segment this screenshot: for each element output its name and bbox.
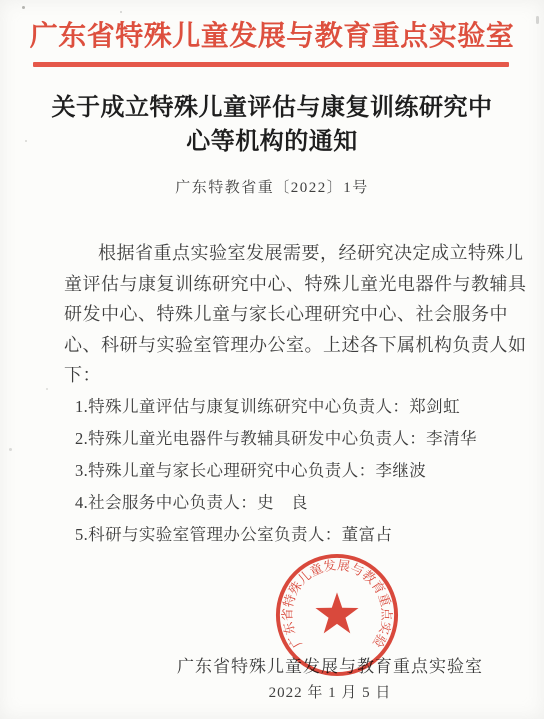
paragraph-line: 研发中心、特殊儿童与家长心理研究中心、社会服务中	[64, 299, 504, 330]
scan-speck	[120, 11, 122, 13]
paragraph-line: 根据省重点实验室发展需要，经研究决定成立特殊儿	[64, 238, 504, 269]
scan-speck	[46, 388, 48, 390]
list-item: 4.社会服务中心负责人：史 良	[75, 487, 515, 519]
list-item: 2.特殊儿童光电器件与教辅具研发中心负责人：李清华	[75, 423, 515, 455]
responsibles-list: 1.特殊儿童评估与康复训练研究中心负责人：郑剑虹 2.特殊儿童光电器件与教辅具研…	[75, 391, 515, 551]
paragraph-line: 童评估与康复训练研究中心、特殊儿童光电器件与教辅具	[64, 269, 504, 300]
signature-date: 2022 年 1 月 5 日	[118, 681, 542, 702]
scan-speck	[22, 6, 25, 9]
list-item: 1.特殊儿童评估与康复训练研究中心负责人：郑剑虹	[75, 391, 515, 423]
scan-speck	[9, 448, 12, 451]
document-number: 广东特教省重〔2022〕1号	[0, 176, 544, 197]
scan-speck	[25, 140, 27, 142]
scan-speck	[536, 16, 539, 24]
star-icon	[315, 592, 358, 633]
list-item: 3.特殊儿童与家长心理研究中心负责人：李继波	[75, 455, 515, 487]
scanned-notice-document: 广东省特殊儿童发展与教育重点实验室 关于成立特殊儿童评估与康复训练研究中 心等机…	[0, 0, 544, 719]
paragraph-line: 心、科研与实验室管理办公室。上述各下属机构负责人如	[64, 330, 504, 361]
notice-title-line-2: 心等机构的通知	[0, 121, 544, 156]
official-seal: 广东省特殊儿童发展与教育重点实验室	[273, 551, 401, 679]
letterhead-org-name: 广东省特殊儿童发展与教育重点实验室	[0, 14, 544, 54]
body-paragraph: 根据省重点实验室发展需要，经研究决定成立特殊儿 童评估与康复训练研究中心、特殊儿…	[64, 238, 504, 391]
letterhead-divider	[33, 62, 509, 67]
svg-text:广东省特殊儿童发展与教育重点实验室: 广东省特殊儿童发展与教育重点实验室	[273, 551, 394, 650]
list-item: 5.科研与实验室管理办公室负责人：董富占	[75, 519, 515, 551]
seal-arc-text: 广东省特殊儿童发展与教育重点实验室	[273, 551, 394, 650]
notice-title-line-1: 关于成立特殊儿童评估与康复训练研究中	[0, 87, 544, 122]
paragraph-line: 下：	[64, 360, 504, 391]
